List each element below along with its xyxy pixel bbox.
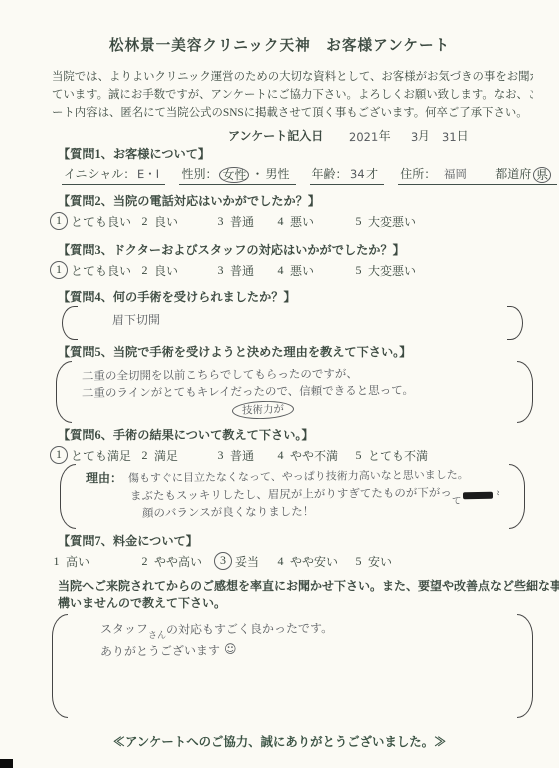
reason-text: 顔のバランスが良くなりました！ — [142, 504, 314, 521]
intro-line: ート内容は、匿名にて当院公式のSNSに掲載させて頂く事もございます。何卒ご了承下… — [52, 104, 533, 122]
address-suffix: 都道府 — [495, 165, 531, 183]
q6-option-1: 1とても満足 — [50, 446, 138, 464]
q6-reason-line: 傷もすぐに目立たなくなって、やっぱり技術力高いなと思いました。 — [128, 467, 469, 487]
q7-option-3: 3妥当 — [214, 552, 274, 570]
q6-option-3: 3普通 — [214, 447, 274, 464]
date-month-unit: 月 — [418, 127, 430, 144]
q3-option-5: 5大変悪い — [352, 262, 416, 279]
q6-heading: 【質問6、手術の結果について教えて下さい。】 — [58, 427, 559, 444]
option-label: とても満足 — [71, 447, 131, 464]
address-label: 住所： — [400, 165, 436, 183]
option-label: 悪い — [290, 213, 314, 230]
page-title: 松林景一美容クリニック天神 お客様アンケート — [0, 36, 559, 56]
option-number: 4 — [274, 448, 287, 463]
gender-male-option: 男性 — [266, 165, 290, 183]
address-suffix-circled: 県 — [533, 167, 551, 183]
q3-heading: 【質問3、ドクターおよびスタッフの対応はいかがでしたか？】 — [58, 242, 559, 259]
option-number: 3 — [214, 263, 227, 278]
initial-label: イニシャル： — [64, 165, 135, 183]
reason-label: 理由： — [86, 469, 122, 486]
initial-field: イニシャル： E・I — [62, 165, 165, 185]
q3-option-1: 1とても良い — [50, 261, 138, 279]
option-label: とても不満 — [368, 447, 428, 464]
q7-heading: 【質問7、料金について】 — [58, 533, 559, 550]
option-number: 2 — [138, 554, 151, 569]
q6-option-5: 5とても不満 — [352, 447, 428, 464]
q2-option-3: 3普通 — [214, 213, 274, 230]
option-number: 2 — [138, 214, 151, 229]
option-label: やや高い — [154, 553, 202, 570]
option-label: やや不満 — [290, 447, 338, 464]
comments-answer-line: ありがとうございます☺ — [100, 641, 507, 661]
option-label: 安い — [368, 553, 392, 570]
q5-inserted-note: 技術力が — [232, 400, 295, 420]
comments-inserted-word: さん — [148, 626, 166, 641]
q2-options: 1とても良い 2良い 3普通 4悪い 5大変悪い — [50, 212, 559, 230]
gender-female-option: 女性 — [219, 167, 249, 183]
strikethrough-scribble — [463, 492, 493, 500]
option-number: 3 — [214, 448, 227, 463]
comments-answer-line: スタッフさんの対応もすごく良かったです。 — [100, 619, 507, 641]
option-number: 4 — [274, 263, 287, 278]
q6-option-2: 2満足 — [138, 447, 214, 464]
gender-label: 性別： — [181, 165, 217, 183]
option-number: 2 — [138, 263, 151, 278]
q4-answer-box: 眉下切開 — [62, 306, 523, 340]
option-label: とても良い — [71, 262, 131, 279]
q7-option-4: 4やや安い — [274, 553, 352, 570]
option-label: とても良い — [71, 213, 131, 230]
q5-answer-line: 二重のラインがとてもキレイだったので、信頼できると思って。 — [82, 381, 507, 402]
option-number: 1 — [50, 261, 68, 279]
smiley-doodle-icon: ☺ — [224, 641, 237, 659]
footer-thanks: ≪アンケートへのご協力、誠にありがとうございました。≫ — [0, 732, 559, 750]
option-label: 大変悪い — [368, 213, 416, 230]
option-label: やや安い — [290, 553, 338, 570]
age-value: 34 — [349, 165, 364, 183]
age-field: 年齢： 34 才 — [310, 165, 385, 185]
address-value: 福岡 — [444, 165, 467, 183]
initial-value: E・I — [137, 165, 159, 183]
date-day-unit: 日 — [457, 127, 469, 144]
q6-reason-row: 理由： 傷もすぐに目立たなくなって、やっぱり技術力高いなと思いました。 — [86, 469, 499, 486]
comments-text: ありがとうございます — [100, 641, 220, 661]
reason-text: まぶたもスッキリしたし、眉尻が上がりすぎてたものが下がっ — [130, 486, 452, 504]
reason-text: も — [495, 486, 499, 502]
option-number: 5 — [352, 448, 365, 463]
q6-option-4: 4やや不満 — [274, 447, 352, 464]
option-number: 1 — [50, 446, 68, 464]
q1-heading: 【質問1、お客様について】 — [58, 146, 559, 163]
q7-options: 1高い 2やや高い 3妥当 4やや安い 5安い — [50, 552, 559, 570]
q2-option-5: 5大変悪い — [352, 213, 416, 230]
option-number: 4 — [274, 214, 287, 229]
comments-prompt-line: 構いませんので教えて下さい。 — [58, 595, 559, 612]
q7-option-5: 5安い — [352, 553, 392, 570]
option-number: 5 — [352, 263, 365, 278]
option-number: 5 — [352, 214, 365, 229]
q3-option-3: 3普通 — [214, 262, 274, 279]
q2-option-4: 4悪い — [274, 213, 352, 230]
option-number: 3 — [214, 214, 227, 229]
q2-option-2: 2良い — [138, 213, 214, 230]
intro-line: ています。誠にお手数ですが、アンケートにご協力下さい。よろしくお願い致します。な… — [52, 86, 533, 104]
option-label: 妥当 — [235, 553, 259, 570]
option-label: 満足 — [154, 447, 178, 464]
q4-heading: 【質問4、何の手術を受けられましたか？】 — [58, 289, 559, 306]
option-label: 良い — [154, 262, 178, 279]
option-label: 普通 — [230, 447, 254, 464]
scanned-survey-page: 松林景一美容クリニック天神 お客様アンケート 当院では、よりよいクリニック運営の… — [0, 0, 559, 768]
q6-reason-line: 顔のバランスが良くなりました！ — [142, 504, 499, 521]
reason-inserted-char: て — [452, 494, 462, 504]
q5-heading: 【質問5、当院で手術を受けようと決めた理由を教えて下さい。】 — [58, 344, 559, 361]
q5-answer-box: 二重の全切開を以前こちらでしてもらったのですが、 二重のラインがとてもキレイだっ… — [56, 361, 533, 423]
option-number: 2 — [138, 448, 151, 463]
option-label: 良い — [154, 213, 178, 230]
comments-prompt-line: 当院へご来院されてからのご感想を率直にお聞かせ下さい。また、要望や改善点など些細… — [58, 578, 559, 595]
q1-fields-row: イニシャル： E・I 性別： 女性 ・ 男性 年齢： 34 才 住所： 福岡 都… — [62, 165, 559, 185]
q6-reason-line: まぶたもスッキリしたし、眉尻が上がりすぎてたものが下がっても — [130, 486, 499, 504]
date-year-unit: 年 — [379, 127, 391, 144]
date-month-value: 3 — [411, 130, 418, 144]
q7-option-1: 1高い — [50, 553, 138, 570]
address-field: 住所： 福岡 都道府 県 — [398, 165, 557, 185]
comments-prompt: 当院へご来院されてからのご感想を率直にお聞かせ下さい。また、要望や改善点など些細… — [58, 578, 559, 612]
option-label: 高い — [66, 553, 90, 570]
option-number: 4 — [274, 554, 287, 569]
option-number: 1 — [50, 212, 68, 230]
q3-option-4: 4悪い — [274, 262, 352, 279]
q4-handwritten-answer: 眉下切開 — [112, 311, 160, 329]
scan-corner-artifact — [0, 759, 13, 768]
option-number: 3 — [214, 552, 232, 570]
gender-field: 性別： 女性 ・ 男性 — [179, 165, 295, 185]
date-day-value: 31 — [442, 130, 457, 144]
q3-options: 1とても良い 2良い 3普通 4悪い 5大変悪い — [50, 261, 559, 279]
date-label: アンケート記入日 — [228, 127, 323, 144]
date-year-value: 2021 — [349, 130, 378, 144]
q2-heading: 【質問2、当院の電話対応はいかがでしたか？】 — [58, 193, 559, 210]
comments-text: の対応もすごく良かったです。 — [166, 619, 333, 640]
comments-answer-box: スタッフさんの対応もすごく良かったです。 ありがとうございます☺ — [52, 614, 533, 718]
comments-text: スタッフ — [100, 619, 148, 639]
survey-date-row: アンケート記入日 2021 年 3 月 31 日 — [228, 126, 559, 144]
age-label: 年齢： — [312, 165, 348, 183]
option-number: 5 — [352, 554, 365, 569]
option-label: 大変悪い — [368, 262, 416, 279]
intro-line: 当院では、よりよいクリニック運営のための大切な資料として、お客様がお気づきの事を… — [52, 68, 533, 86]
intro-paragraph: 当院では、よりよいクリニック運営のための大切な資料として、お客様がお気づきの事を… — [52, 68, 533, 122]
option-label: 普通 — [230, 213, 254, 230]
option-number: 1 — [50, 554, 63, 569]
gender-separator: ・ — [251, 165, 263, 183]
option-label: 普通 — [230, 262, 254, 279]
q7-option-2: 2やや高い — [138, 553, 214, 570]
q6-reason-box: 理由： 傷もすぐに目立たなくなって、やっぱり技術力高いなと思いました。 まぶたも… — [60, 464, 525, 529]
age-unit: 才 — [366, 165, 378, 183]
q3-option-2: 2良い — [138, 262, 214, 279]
q6-options: 1とても満足 2満足 3普通 4やや不満 5とても不満 — [50, 446, 559, 464]
q2-option-1: 1とても良い — [50, 212, 138, 230]
option-label: 悪い — [290, 262, 314, 279]
